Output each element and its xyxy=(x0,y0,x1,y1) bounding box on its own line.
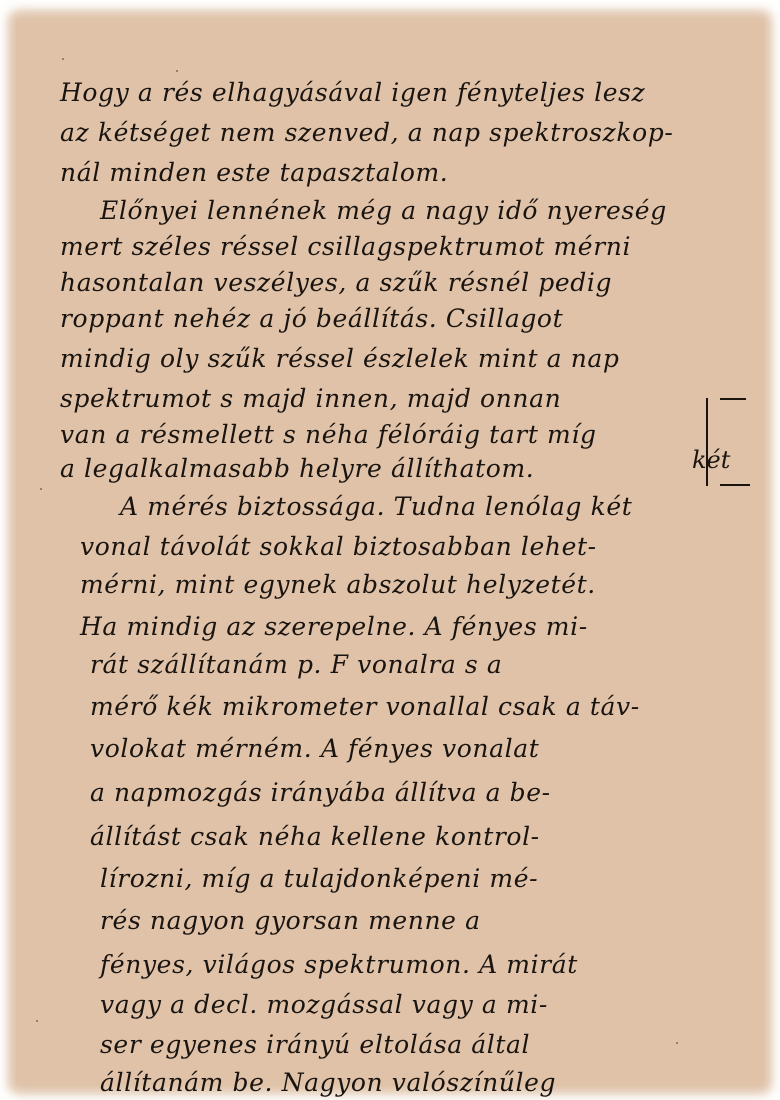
paper-speck xyxy=(36,1020,38,1022)
margin-bracket-tick-bottom xyxy=(720,484,750,486)
manuscript-text-block: Hogy a rés elhagyásával igen fényteljes … xyxy=(16,18,764,1086)
manuscript-line: mérő kék mikrometer vonallal csak a táv- xyxy=(90,692,640,721)
paper-speck xyxy=(176,70,178,72)
manuscript-line: hasontalan veszélyes, a szűk résnél pedi… xyxy=(60,268,612,297)
manuscript-line: fényes, világos spektrumon. A mirát xyxy=(100,950,578,979)
margin-note: két xyxy=(692,446,730,474)
manuscript-line: Ha mindig az szerepelne. A fényes mi- xyxy=(80,612,588,641)
manuscript-line: A mérés biztossága. Tudna lenólag két xyxy=(120,492,632,521)
manuscript-page: Hogy a rés elhagyásával igen fényteljes … xyxy=(16,18,764,1086)
manuscript-line: vonal távolát sokkal biztosabban lehet- xyxy=(80,532,597,561)
margin-bracket-tick-top xyxy=(720,398,746,400)
manuscript-line: a legalkalmasabb helyre állíthatom. xyxy=(60,454,534,483)
manuscript-line: roppant nehéz a jó beállítás. Csillagot xyxy=(60,304,563,333)
paper-speck xyxy=(40,488,42,490)
manuscript-line: van a résmellett s néha félóráig tart mí… xyxy=(60,420,597,449)
manuscript-line: a napmozgás irányába állítva a be- xyxy=(90,778,551,807)
manuscript-line: Előnyei lennének még a nagy idő nyereség xyxy=(100,196,667,225)
manuscript-line: Hogy a rés elhagyásával igen fényteljes … xyxy=(60,78,645,107)
manuscript-line: vagy a decl. mozgással vagy a mi- xyxy=(100,990,548,1019)
paper-speck xyxy=(62,58,64,60)
manuscript-line: mert széles réssel csillagspektrumot mér… xyxy=(60,232,631,261)
manuscript-line: állítást csak néha kellene kontrol- xyxy=(90,822,540,851)
manuscript-line: ser egyenes irányú eltolása által xyxy=(100,1030,530,1059)
manuscript-line: mérni, mint egynek abszolut helyzetét. xyxy=(80,570,596,599)
manuscript-line: az kétséget nem szenved, a nap spektrosz… xyxy=(60,118,673,147)
manuscript-line: rát szállítanám p. F vonalra s a xyxy=(90,650,502,679)
manuscript-line: mindig oly szűk réssel észlelek mint a n… xyxy=(60,344,620,373)
manuscript-line: spektrumot s majd innen, majd onnan xyxy=(60,384,561,413)
manuscript-line: rés nagyon gyorsan menne a xyxy=(100,906,481,935)
manuscript-line: volokat mérném. A fényes vonalat xyxy=(90,734,539,763)
manuscript-line: nál minden este tapasztalom. xyxy=(60,158,448,187)
paper-speck xyxy=(676,1042,678,1044)
manuscript-line: lírozni, míg a tulajdonképeni mé- xyxy=(100,864,538,893)
manuscript-line: állítanám be. Nagyon valószínűleg xyxy=(100,1068,556,1097)
